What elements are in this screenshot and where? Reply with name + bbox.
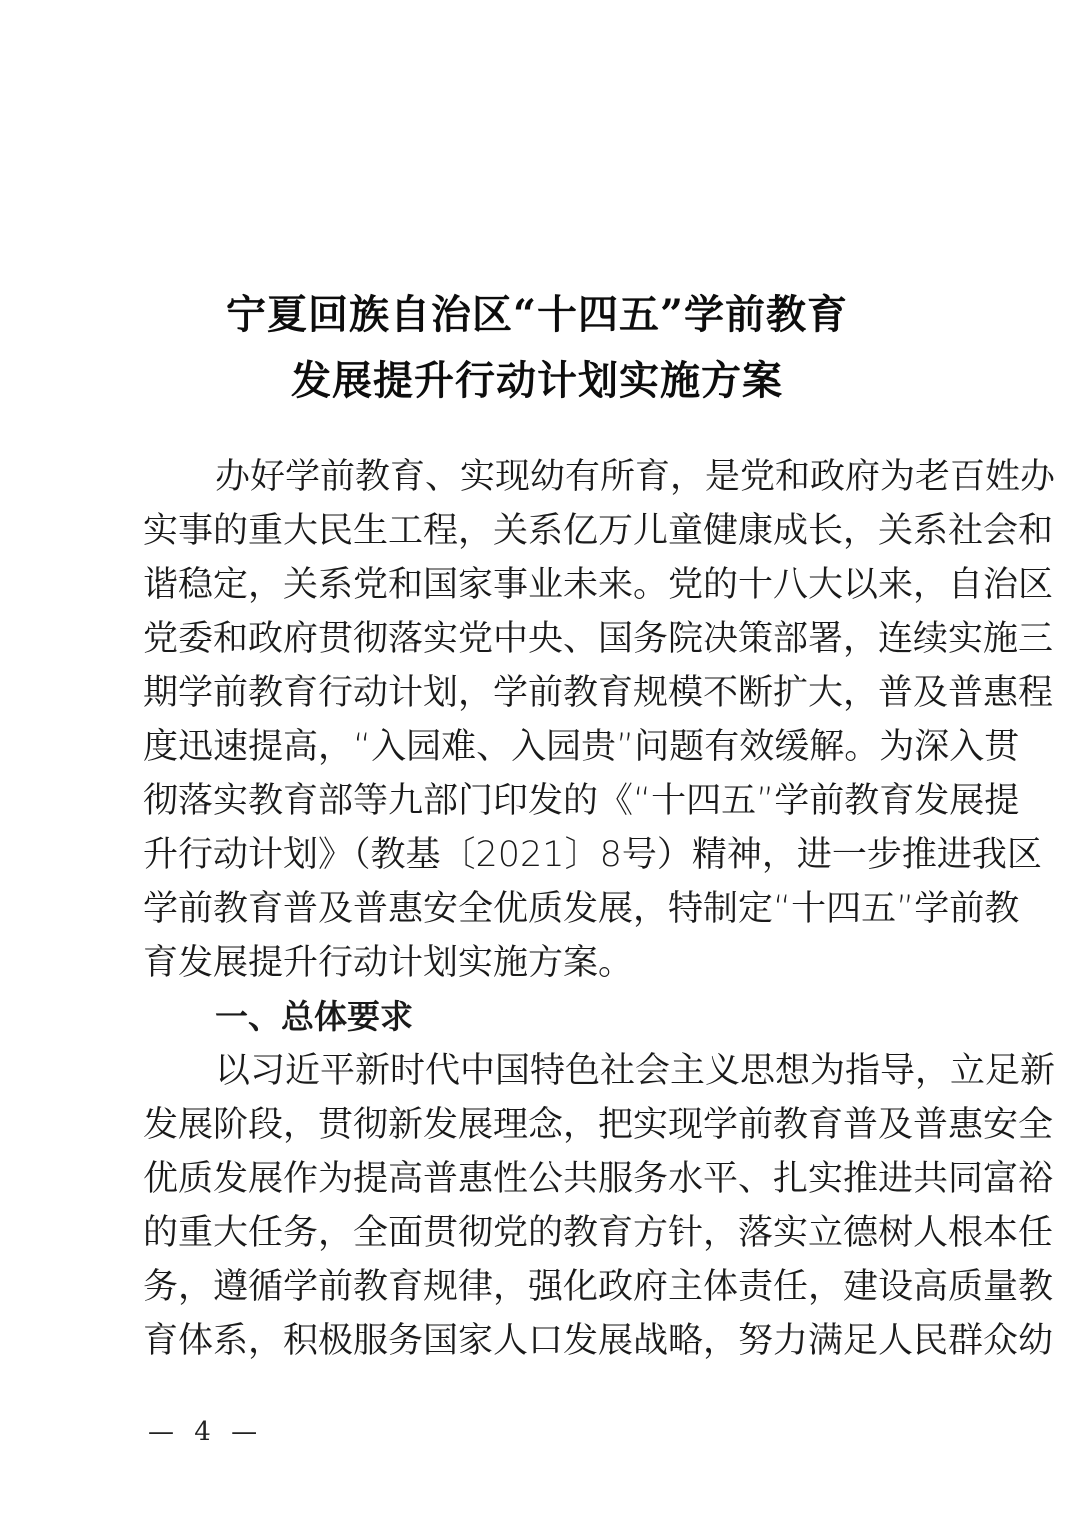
paragraph-1-line: 实事的重大民生工程，关系亿万儿童健康成长，关系社会和 <box>143 504 938 558</box>
page-number: — 4 — <box>148 1417 263 1447</box>
paragraph-1-line: 谐稳定，关系党和国家事业未来。党的十八大以来，自治区 <box>143 558 938 612</box>
section-heading: 一、总体要求 <box>143 990 938 1044</box>
document-page: 宁夏回族自治区“十四五”学前教育 发展提升行动计划实施方案 办好学前教育、实现幼… <box>0 0 1074 1520</box>
paragraph-1-line: 升行动计划》（教基〔2021〕8号）精神，进一步推进我区 <box>143 828 938 882</box>
paragraph-2-line: 优质发展作为提高普惠性公共服务水平、扎实推进共同富裕 <box>143 1152 938 1206</box>
paragraph-1-line: 彻落实教育部等九部门印发的《“十四五”学前教育发展提 <box>143 774 938 828</box>
paragraph-2-line: 的重大任务，全面贯彻党的教育方针，落实立德树人根本任 <box>143 1206 938 1260</box>
document-title-line-1: 宁夏回族自治区“十四五”学前教育 <box>0 291 1074 339</box>
paragraph-1-line: 度迅速提高，“入园难、入园贵”问题有效缓解。为深入贯 <box>143 720 938 774</box>
paragraph-2-line: 以习近平新时代中国特色社会主义思想为指导，立足新 <box>143 1044 938 1098</box>
paragraph-2-line: 发展阶段，贯彻新发展理念，把实现学前教育普及普惠安全 <box>143 1098 938 1152</box>
document-body: 办好学前教育、实现幼有所育，是党和政府为老百姓办 实事的重大民生工程，关系亿万儿… <box>143 450 938 1368</box>
paragraph-1-line: 学前教育普及普惠安全优质发展，特制定“十四五”学前教 <box>143 882 938 936</box>
paragraph-1-line: 期学前教育行动计划，学前教育规模不断扩大，普及普惠程 <box>143 666 938 720</box>
paragraph-1-line: 育发展提升行动计划实施方案。 <box>143 936 938 990</box>
paragraph-1-line: 办好学前教育、实现幼有所育，是党和政府为老百姓办 <box>143 450 938 504</box>
document-title-line-2: 发展提升行动计划实施方案 <box>0 357 1074 405</box>
paragraph-1-line: 党委和政府贯彻落实党中央、国务院决策部署，连续实施三 <box>143 612 938 666</box>
paragraph-2-line: 育体系，积极服务国家人口发展战略，努力满足人民群众幼 <box>143 1314 938 1368</box>
paragraph-2-line: 务，遵循学前教育规律，强化政府主体责任，建设高质量教 <box>143 1260 938 1314</box>
